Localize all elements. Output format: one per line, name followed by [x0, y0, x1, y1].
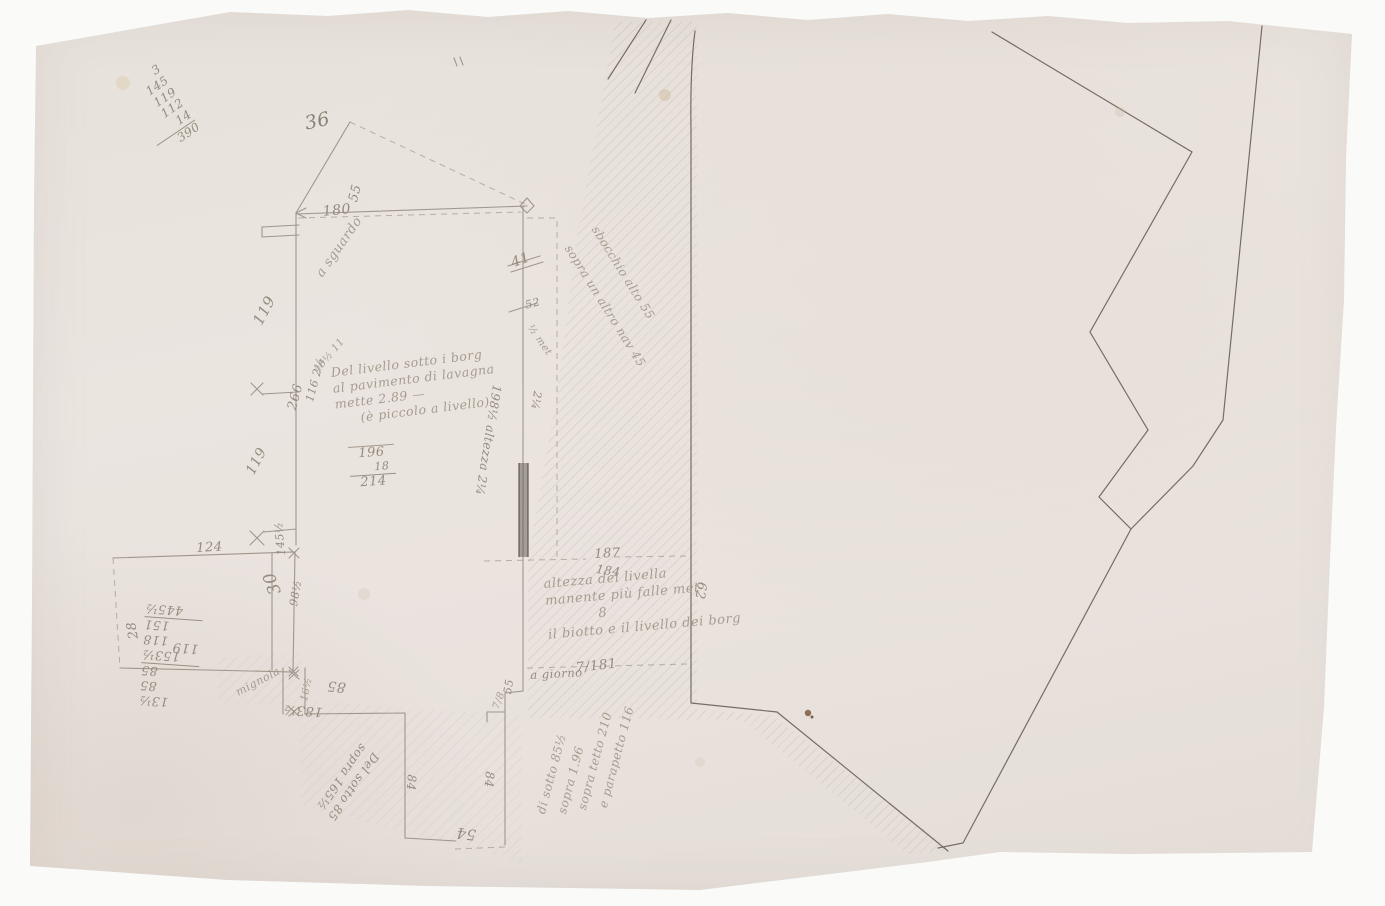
ink-lines	[608, 20, 1262, 851]
scan-viewport: { "scene": { "background_color": "#fafaf…	[0, 0, 1385, 906]
annotation-183half: 183½	[283, 700, 323, 718]
annotation-180: 180	[322, 201, 352, 220]
annotation-84-left: 84	[403, 774, 418, 791]
wall-thickness-bar	[519, 463, 528, 557]
paper-stains	[116, 76, 1125, 767]
ink-blot	[805, 710, 811, 716]
annotation-54: 54	[455, 823, 477, 843]
annotation-85-flipped: 85	[326, 677, 346, 695]
annotation-28: 28	[125, 620, 143, 640]
annotation-119-flipped: 119	[172, 638, 199, 655]
drawing-area: 3 145 119 112 14 390 36 55 180 a sguardo…	[0, 0, 1385, 906]
annotation-62: 62	[691, 581, 708, 601]
paper-sheet: 3 145 119 112 14 390 36 55 180 a sguardo…	[28, 8, 1358, 896]
annotation-187: 187	[594, 547, 621, 563]
sketch-drawing	[0, 0, 1385, 906]
annotation-sum-bottom-left: 13½ 85 85 153½ 118 151 445½	[138, 601, 203, 712]
annotation-124: 124	[196, 541, 223, 557]
annotation-sum-196: 196 18 214	[348, 444, 397, 492]
annotation-84-right: 84	[481, 771, 496, 788]
annotation-2quarter: 2¼	[528, 390, 543, 410]
